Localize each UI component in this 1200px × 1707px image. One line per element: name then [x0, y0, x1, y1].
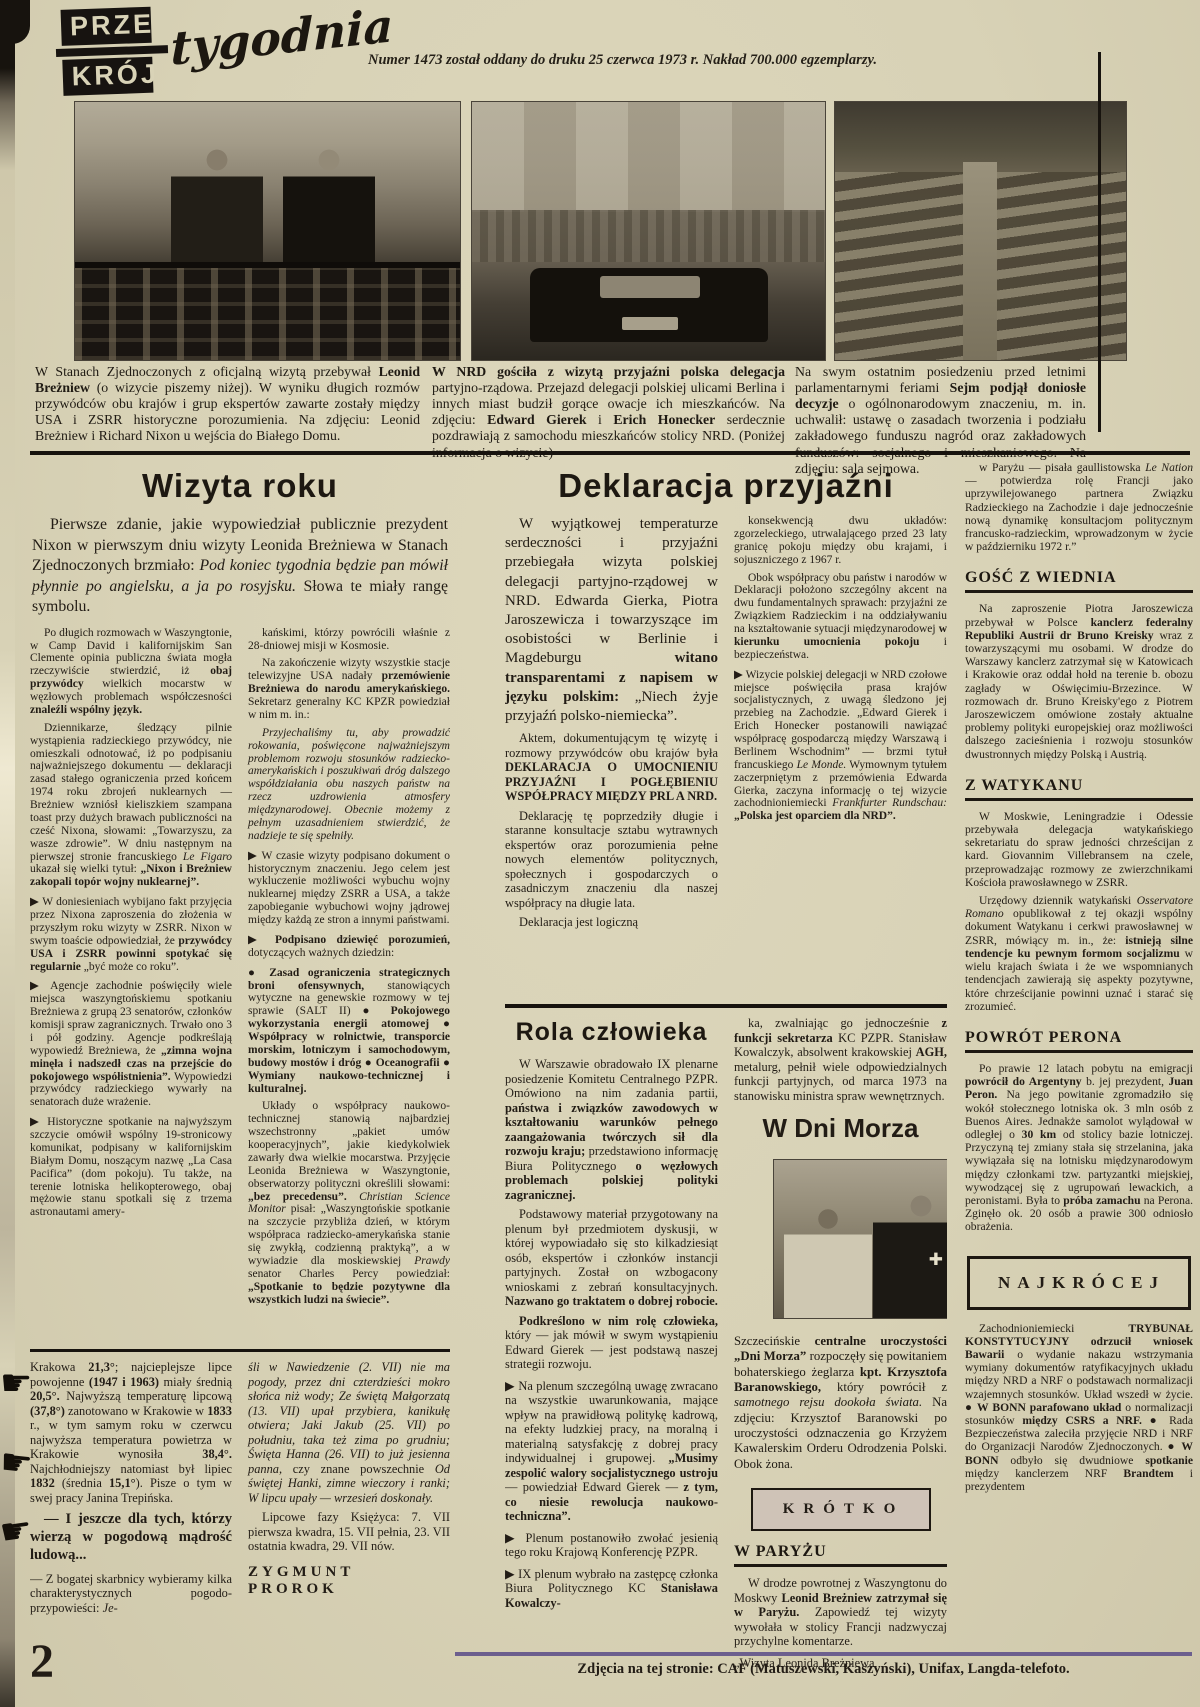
- caption-dni-morza: Szczecińskie centralne uroczystości „Dni…: [734, 1334, 947, 1472]
- paragraph: W Warszawie obradowało IX plenarne posie…: [505, 1057, 718, 1202]
- figure-silhouette-brezhnev: [171, 146, 263, 264]
- print-info-line: Numer 1473 został oddany do druku 25 cze…: [368, 52, 968, 69]
- paragraph: Przyjechaliśmy tu, aby prowadzić rokowan…: [248, 727, 450, 843]
- paragraph: ▶ W doniesieniach wybijano fakt przyjęci…: [30, 896, 232, 973]
- author-signature: ZYGMUNT PROROK: [248, 1564, 450, 1598]
- paragraph: Zachodnioniemiecki TRYBUNAŁ KONSTYTUCYJN…: [965, 1322, 1193, 1494]
- paragraph: konsekwencją dwu układów: zgorzeleckiego…: [734, 515, 947, 567]
- article-lead: Pierwsze zdanie, jakie wypowiedział publ…: [32, 515, 448, 618]
- sejm-aisle: [963, 162, 997, 360]
- paragraph: ▶ Historyczne spotkanie na najwyższym sz…: [30, 1116, 232, 1219]
- paragraph: Urzędowy dziennik watykański Osservatore…: [965, 894, 1193, 1013]
- paragraph: ▶ Na plenum szczególną uwagę zwracano na…: [505, 1379, 718, 1524]
- paragraph: W wyjątkowej temperaturze serdeczności i…: [505, 515, 718, 726]
- logo-script-tygodnia: tygodnia: [171, 0, 393, 76]
- figure-silhouette-wife: [784, 1206, 872, 1318]
- weather-section: Krakowa 21,3°; najcieplejsze lipce powoj…: [30, 1360, 450, 1656]
- medal-cross-icon: ✚: [929, 1250, 943, 1270]
- section-title-gosc-z-wiednia: GOŚĆ Z WIEDNIA: [965, 569, 1193, 593]
- weather-proverbs: śli w Nawiedzenie (2. VII) nie ma pogody…: [248, 1360, 450, 1554]
- figure-silhouette-nixon: [283, 146, 375, 264]
- horizontal-divider-top: [30, 451, 1190, 455]
- paragraph: Po prawie 12 latach pobytu na emigracji …: [965, 1062, 1193, 1234]
- paragraph: ▶ Plenum postanowiło zwołać jesienią teg…: [505, 1531, 718, 1560]
- section-title-dni-morza: W Dni Morza: [734, 1113, 947, 1144]
- paragraph: ▶ IX plenum wybrało na zastępcę członka …: [505, 1567, 718, 1611]
- photo-baranowski-medal: ✚: [774, 1160, 947, 1318]
- logo-text-kroj: KRÓJ: [62, 57, 153, 96]
- photo-gierek-honecker-motorcade: [472, 102, 825, 360]
- paragraph: Obok współpracy obu państw i narodów w D…: [734, 572, 947, 662]
- paragraph: Lipcowe fazy Księżyca: 7. VII pierwsza k…: [248, 1510, 450, 1554]
- paragraph: śli w Nawiedzenie (2. VII) nie ma pogody…: [248, 1360, 450, 1505]
- photo-credits: Zdjęcia na tej stronie: CAF (Matuszewski…: [455, 1661, 1192, 1678]
- paragraph: Układy o współpracy naukowo-technicznej …: [248, 1100, 450, 1306]
- paragraph: Na zaproszenie Piotra Jaroszewicza przeb…: [965, 602, 1193, 760]
- wizyta-column-2: kańskimi, którzy powrócili właśnie z 28-…: [248, 627, 450, 1312]
- paragraph: ▶ Agencje zachodnie poświęciły wiele mie…: [30, 980, 232, 1109]
- article-deklaracja-przyjazni: Deklaracja przyjaźni W wyjątkowej temper…: [505, 461, 947, 1002]
- paragraph: W drodze powrotnej z Waszyngtonu do Mosk…: [734, 1576, 947, 1649]
- balcony-railing: [75, 262, 460, 360]
- weather-column-1: Krakowa 21,3°; najcieplejsze lipce powoj…: [30, 1360, 232, 1620]
- car-windshield: [600, 276, 700, 298]
- gosc-z-wiednia-text: Na zaproszenie Piotra Jaroszewicza przeb…: [965, 602, 1193, 760]
- paragraph: — Z bogatej skarbnicy wybieramy kilka ch…: [30, 1572, 232, 1616]
- paragraph: kańskimi, którzy powrócili właśnie z 28-…: [248, 627, 450, 653]
- paragraph: Na zakończenie wizyty wszystkie stacje t…: [248, 657, 450, 721]
- rola-continuation: ka, zwalniając go jednocześnie z funkcji…: [734, 1016, 947, 1103]
- horizontal-divider-middle: [505, 1004, 947, 1008]
- article-title-rola: Rola człowieka: [505, 1018, 718, 1047]
- paragraph: Aktem, dokumentującym tę wizytę i rozmow…: [505, 731, 718, 804]
- horizontal-divider-weather: [30, 1349, 450, 1352]
- najkrocej-box: NAJKRÓCEJ: [967, 1256, 1191, 1310]
- krotko-box: KRÓTKO: [751, 1488, 931, 1531]
- vertical-divider: [1098, 52, 1101, 432]
- caption-sejm: Na swym ostatnim posiedzeniu przed letni…: [795, 364, 1086, 477]
- article-wizyta-roku: Wizyta roku Pierwsze zdanie, jakie wypow…: [30, 461, 450, 1349]
- logo-text-prze: PRZE: [61, 7, 152, 46]
- section-title-powrot-perona: POWRÓT PERONA: [965, 1029, 1193, 1053]
- powrot-perona-text: Po prawie 12 latach pobytu na emigracji …: [965, 1062, 1193, 1234]
- paragraph: ● Zasad ograniczenia strategicznych bron…: [248, 967, 450, 1096]
- paragraph: Deklaracja jest logiczną: [505, 915, 718, 930]
- page-number: 2: [30, 1638, 54, 1686]
- deklaracja-column-2: konsekwencją dwu układów: zgorzeleckiego…: [734, 515, 947, 935]
- weather-column-2: śli w Nawiedzenie (2. VII) nie ma pogody…: [248, 1360, 450, 1620]
- article-title-wizyta-roku: Wizyta roku: [30, 467, 450, 505]
- article-title-deklaracja: Deklaracja przyjaźni: [505, 467, 947, 505]
- deklaracja-column-1: W wyjątkowej temperaturze serdeczności i…: [505, 515, 718, 935]
- article-rola-czlowieka: Rola człowieka W Warszawie obradowało IX…: [505, 1016, 947, 1706]
- paragraph: ka, zwalniając go jednocześnie z funkcji…: [734, 1016, 947, 1103]
- pointing-hand-icon: ☛: [0, 1444, 34, 1483]
- paragraph: Dziennikarze, śledzący pilnie wystąpieni…: [30, 722, 232, 889]
- paragraph: — I jeszcze dla tych, którzy wierzą w po…: [30, 1510, 232, 1565]
- photo-brezhnev-nixon-balcony: [75, 102, 460, 360]
- motorcade-car: [530, 268, 768, 342]
- wizyta-column-1: Po długich rozmowach w Waszyngtonie, w C…: [30, 627, 232, 1312]
- logo-bar: [56, 45, 168, 57]
- paragraph: Podstawowy materiał przygotowany na plen…: [505, 1207, 718, 1309]
- paragraph: Deklarację tę poprzedziły długie i stara…: [505, 809, 718, 911]
- berlin-buildings: [472, 102, 825, 212]
- w-paryzu-text: W drodze powrotnej z Waszyngtonu do Mosk…: [734, 1576, 947, 1670]
- paragraph: Po długich rozmowach w Waszyngtonie, w C…: [30, 627, 232, 717]
- footer-rule: [455, 1652, 1192, 1656]
- caption-motorcade: W NRD gościła z wizytą przyjaźni polska …: [432, 364, 785, 461]
- photo-sejm-hall: [835, 102, 1126, 360]
- caption-brezhnev-nixon: W Stanach Zjednoczonych z oficjalną wizy…: [35, 364, 420, 445]
- paragraph: W Moskwie, Leningradzie i Odessie przeby…: [965, 810, 1193, 889]
- rola-column-1-text: W Warszawie obradowało IX plenarne posie…: [505, 1057, 718, 1610]
- pointing-hand-icon: ☛: [0, 1366, 32, 1402]
- newspaper-page: PRZE KRÓJ tygodnia Numer 1473 został odd…: [0, 0, 1200, 1707]
- paris-continuation: w Paryżu — pisała gaullistowska Le Natio…: [965, 461, 1193, 553]
- paragraph: w Paryżu — pisała gaullistowska Le Natio…: [965, 461, 1193, 553]
- crowd: [472, 210, 825, 262]
- scan-corner-artifact: [0, 0, 30, 44]
- z-watykanu-text: W Moskwie, Leningradzie i Odessie przeby…: [965, 810, 1193, 1013]
- rola-column-2: ka, zwalniając go jednocześnie z funkcji…: [734, 1016, 947, 1675]
- przekroj-logo: PRZE KRÓJ: [61, 6, 170, 96]
- section-title-z-watykanu: Z WATYKANU: [965, 777, 1193, 801]
- paragraph: Krakowa 21,3°; najcieplejsze lipce powoj…: [30, 1360, 232, 1505]
- najkrocej-text: Zachodnioniemiecki TRYBUNAŁ KONSTYTUCYJN…: [965, 1322, 1193, 1494]
- car-license-plate: [622, 317, 678, 330]
- right-column: w Paryżu — pisała gaullistowska Le Natio…: [965, 461, 1193, 1703]
- paragraph: ▶ W czasie wizyty podpisano dokument o h…: [248, 850, 450, 927]
- paragraph: Podkreślono w nim rolę człowieka, który …: [505, 1314, 718, 1372]
- paragraph: ▶ Wizycie polskiej delegacji w NRD czoło…: [734, 669, 947, 824]
- rola-column-1: Rola człowieka W Warszawie obradowało IX…: [505, 1016, 718, 1675]
- section-title-w-paryzu: W PARYŻU: [734, 1543, 947, 1567]
- paragraph: ▶ Podpisano dziewięć porozumień, dotyczą…: [248, 934, 450, 960]
